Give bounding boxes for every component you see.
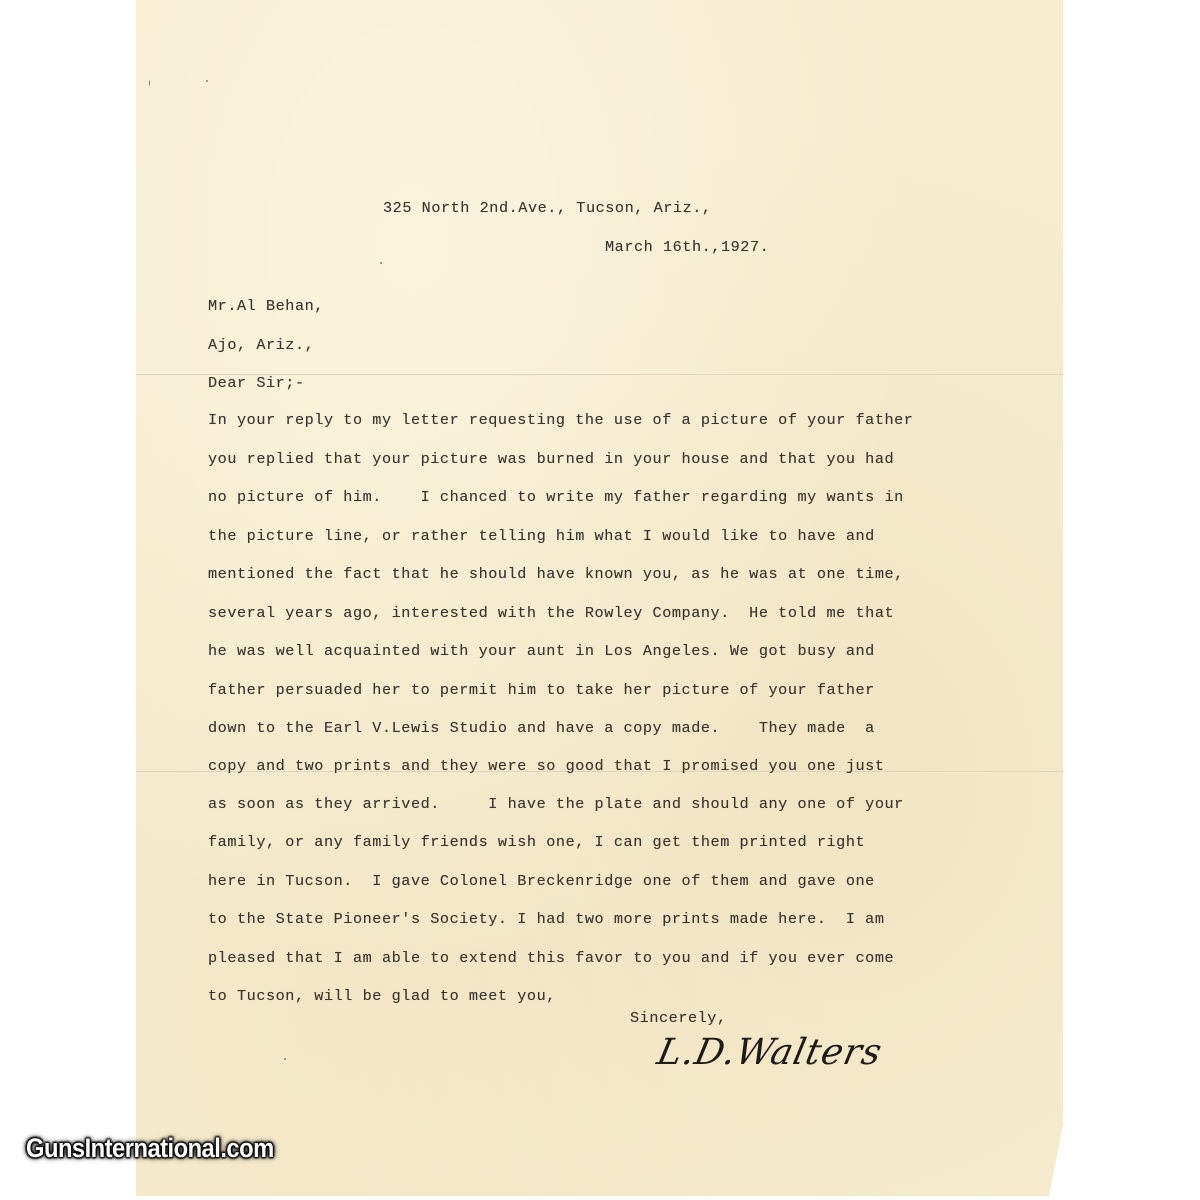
letter-paper: [136, 0, 1063, 1196]
paper-speck: [149, 80, 150, 86]
image-canvas: 325 North 2nd.Ave., Tucson, Ariz., March…: [0, 0, 1200, 1200]
body-line: down to the Earl V.Lewis Studio and have…: [208, 721, 875, 736]
body-line: you replied that your picture was burned…: [208, 452, 894, 467]
body-line: the picture line, or rather telling him …: [208, 529, 875, 544]
letter-date: March 16th.,1927.: [605, 240, 769, 255]
body-line: as soon as they arrived. I have the plat…: [208, 797, 904, 812]
body-line: mentioned the fact that he should have k…: [208, 567, 904, 582]
paper-speck: [206, 80, 208, 82]
body-line: he was well acquainted with your aunt in…: [208, 644, 875, 659]
body-line: pleased that I am able to extend this fa…: [208, 951, 894, 966]
watermark-logo: GunsInternational.com: [26, 1133, 274, 1164]
paper-speck: [380, 262, 382, 264]
paper-speck: [284, 1058, 286, 1060]
body-line: father persuaded her to permit him to ta…: [208, 683, 875, 698]
salutation: Dear Sir;-: [208, 376, 305, 391]
body-line: here in Tucson. I gave Colonel Breckenri…: [208, 874, 875, 889]
body-line: several years ago, interested with the R…: [208, 606, 894, 621]
body-line: to Tucson, will be glad to meet you,: [208, 989, 556, 1004]
recipient-name: Mr.Al Behan,: [208, 299, 324, 314]
body-line: to the State Pioneer's Society. I had tw…: [208, 912, 884, 927]
closing: Sincerely,: [630, 1011, 727, 1026]
body-line: no picture of him. I chanced to write my…: [208, 490, 904, 505]
handwritten-signature: L.D.Walters: [654, 1032, 886, 1073]
body-line: copy and two prints and they were so goo…: [208, 759, 884, 774]
sender-address: 325 North 2nd.Ave., Tucson, Ariz.,: [383, 201, 712, 216]
body-line: In your reply to my letter requesting th…: [208, 413, 913, 428]
body-line: family, or any family friends wish one, …: [208, 835, 865, 850]
recipient-city: Ajo, Ariz.,: [208, 338, 314, 353]
